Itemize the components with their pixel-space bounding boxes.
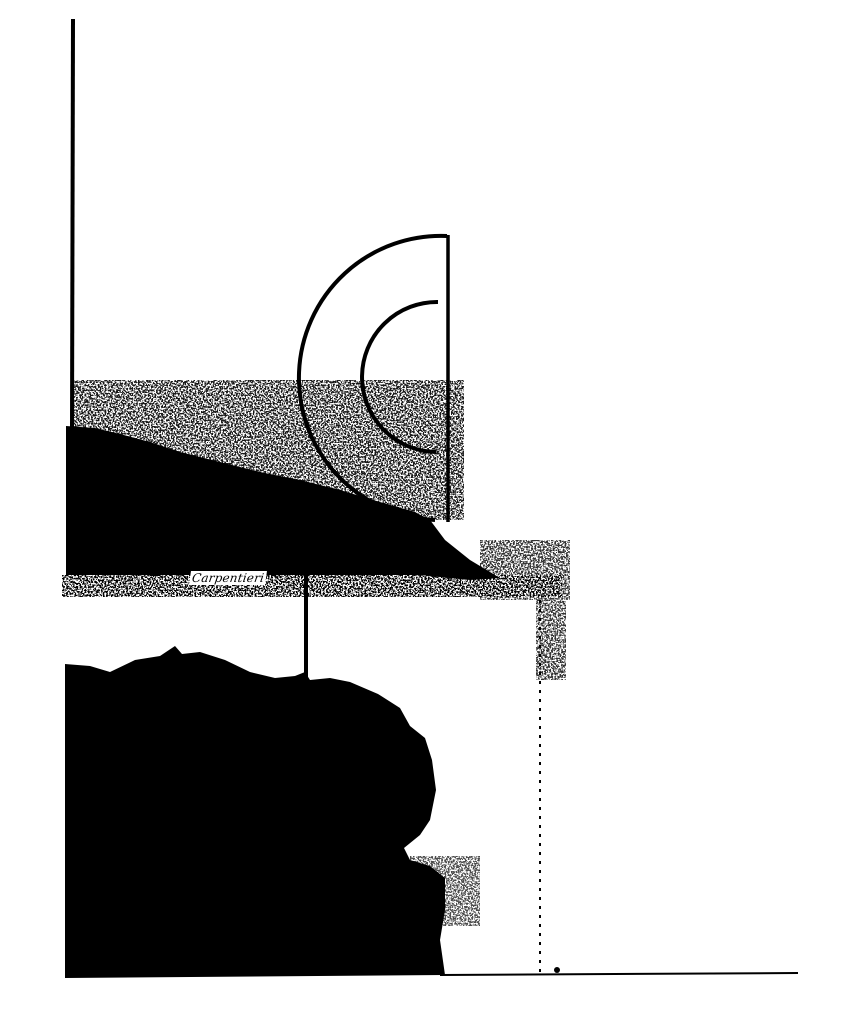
vertical-line-left [72, 19, 73, 430]
artist-signature: Carpentieri [189, 571, 267, 585]
texture-patch-center [318, 795, 358, 865]
speckle-column-right [536, 600, 566, 680]
baseline [440, 973, 798, 975]
speckled-band-right [480, 540, 570, 600]
abstract-artwork [0, 0, 856, 1024]
texture-patch-top [148, 688, 184, 710]
dark-mass-lower [65, 646, 445, 978]
texture-patch-left [66, 740, 116, 850]
baseline-dot [554, 967, 560, 973]
texture-patch-edge [410, 856, 480, 926]
